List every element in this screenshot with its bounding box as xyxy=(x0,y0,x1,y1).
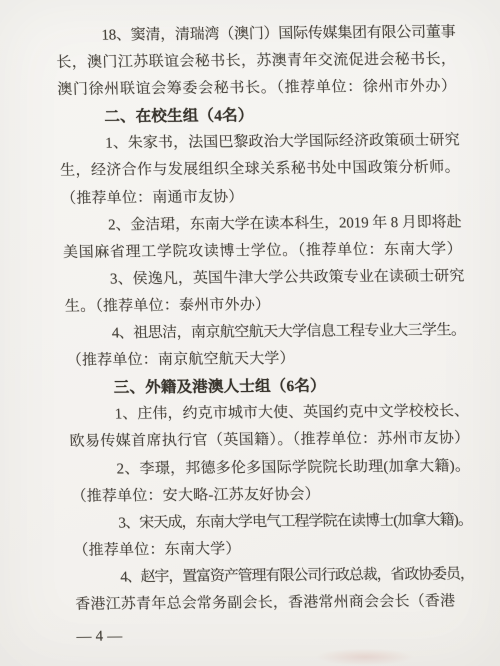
text-line-content: （推荐单位：南京航空航天大学） xyxy=(67,351,296,369)
text-line: 生，经济合作与发展组织全球关系秘书处中国政策分析师。 xyxy=(60,155,466,186)
text-line-content: （推荐单位：东南大学） xyxy=(73,541,241,558)
text-line: 香港江苏青年总会常务副会长，香港常州商会会长（香港 xyxy=(75,588,481,619)
page-number: — 4 — xyxy=(76,620,482,651)
text-line-content: 3、宋天成，东南大学电气工程学院在读博士(加拿大籍)。 xyxy=(118,512,472,531)
text-line: 4、赵宇，置富资产管理有限公司行政总裁，省政协委员， xyxy=(74,561,480,592)
text-line: 美国麻省理工学院攻读博士学位。（推荐单位：东南大学） xyxy=(63,236,469,267)
document-lines: 18、窦清，清瑞湾（澳门）国际传媒集团有限公司董事长，澳门江苏联谊会秘书长，苏澳… xyxy=(55,19,481,618)
text-line: （推荐单位：南通市友协） xyxy=(61,182,467,213)
text-line: 1、庄伟，约克市城市大使、英国约克中文学校校长、 xyxy=(68,399,474,430)
text-line: 欧易传媒首席执行官（英国籍）。（推荐单位：苏州市友协） xyxy=(69,426,475,457)
text-line-content: 4、赵宇，置富资产管理有限公司行政总裁，省政协委员， xyxy=(120,566,474,585)
text-line-content: （推荐单位：南通市友协） xyxy=(61,189,244,207)
document-body: 18、窦清，清瑞湾（澳门）国际传媒集团有限公司董事长，澳门江苏联谊会秘书长，苏澳… xyxy=(55,19,482,651)
text-line-content: 2、金洁珺，东南大学在读本科生，2019 年 8 月即将赴 xyxy=(108,214,462,233)
text-line-content: 欧易传媒首席执行官（英国籍）。（推荐单位：苏州市友协） xyxy=(69,431,470,450)
text-line-content: 二、在校生组（4名） xyxy=(104,108,254,126)
text-line: 2、李璟，邦德多伦多国际学院院长助理(加拿大籍)。 xyxy=(70,453,476,484)
text-line: 澳门徐州联谊会筹委会秘书长。（推荐单位：徐州市外办） xyxy=(57,74,463,105)
text-line-content: 3、侯逸凡，英国牛津大学公共政策专业在读硕士研究 xyxy=(110,268,465,287)
text-line: 1、朱家书，法国巴黎政治大学国际经济政策硕士研究 xyxy=(59,128,465,159)
text-line: 2、金洁珺，东南大学在读本科生，2019 年 8 月即将赴 xyxy=(62,209,468,240)
text-line-content: 1、庄伟，约克市城市大使、英国约克中文学校校长、 xyxy=(114,404,469,423)
text-line: 18、窦清，清瑞湾（澳门）国际传媒集团有限公司董事 xyxy=(55,19,461,50)
text-line-content: 美国麻省理工学院攻读博士学位。（推荐单位：东南大学） xyxy=(63,241,463,260)
text-line: （推荐单位：东南大学） xyxy=(73,534,479,565)
text-line: 4、祖思洁，南京航空航天大学信息工程专业大三学生。 xyxy=(65,317,471,348)
text-line-content: 4、祖思洁，南京航空航天大学信息工程专业大三学生。 xyxy=(112,322,466,341)
text-line: （推荐单位：安大略-江苏友好协会） xyxy=(71,480,477,511)
text-line: 生。（推荐单位：泰州市外办） xyxy=(64,290,470,321)
text-line-content: 2、李璟，邦德多伦多国际学院院长助理(加拿大籍)。 xyxy=(116,458,470,477)
text-line-content: 18、窦清，清瑞湾（澳门）国际传媒集团有限公司董事 xyxy=(101,25,456,44)
text-line: 长，澳门江苏联谊会秘书长，苏澳青年交流促进会秘书长， xyxy=(56,47,462,78)
text-line-content: 长，澳门江苏联谊会秘书长，苏澳青年交流促进会秘书长， xyxy=(56,52,456,71)
text-line: 3、侯逸凡，英国牛津大学公共政策专业在读硕士研究 xyxy=(64,263,470,294)
text-line-content: 生。（推荐单位：泰州市外办） xyxy=(65,297,271,315)
text-line: 3、宋天成，东南大学电气工程学院在读博士(加拿大籍)。 xyxy=(72,507,478,538)
text-line-content: （推荐单位：安大略-江苏友好协会） xyxy=(71,486,320,504)
text-line-content: 澳门徐州联谊会筹委会秘书长。（推荐单位：徐州市外办） xyxy=(57,79,457,98)
section-heading: 三、外籍及港澳人士组（6名） xyxy=(67,372,473,403)
text-line-content: 三、外籍及港澳人士组（6名） xyxy=(113,378,326,397)
text-line: （推荐单位：南京航空航天大学） xyxy=(66,345,472,376)
text-line-content: 生，经济合作与发展组织全球关系秘书处中国政策分析师。 xyxy=(60,160,460,179)
text-line-content: 1、朱家书，法国巴黎政治大学国际经济政策硕士研究 xyxy=(105,133,460,152)
text-line-content: 香港江苏青年总会常务副会长，香港常州商会会长（香港 xyxy=(75,593,456,612)
section-heading: 二、在校生组（4名） xyxy=(58,101,464,132)
document-page: 18、窦清，清瑞湾（澳门）国际传媒集团有限公司董事长，澳门江苏联谊会秘书长，苏澳… xyxy=(0,0,500,666)
